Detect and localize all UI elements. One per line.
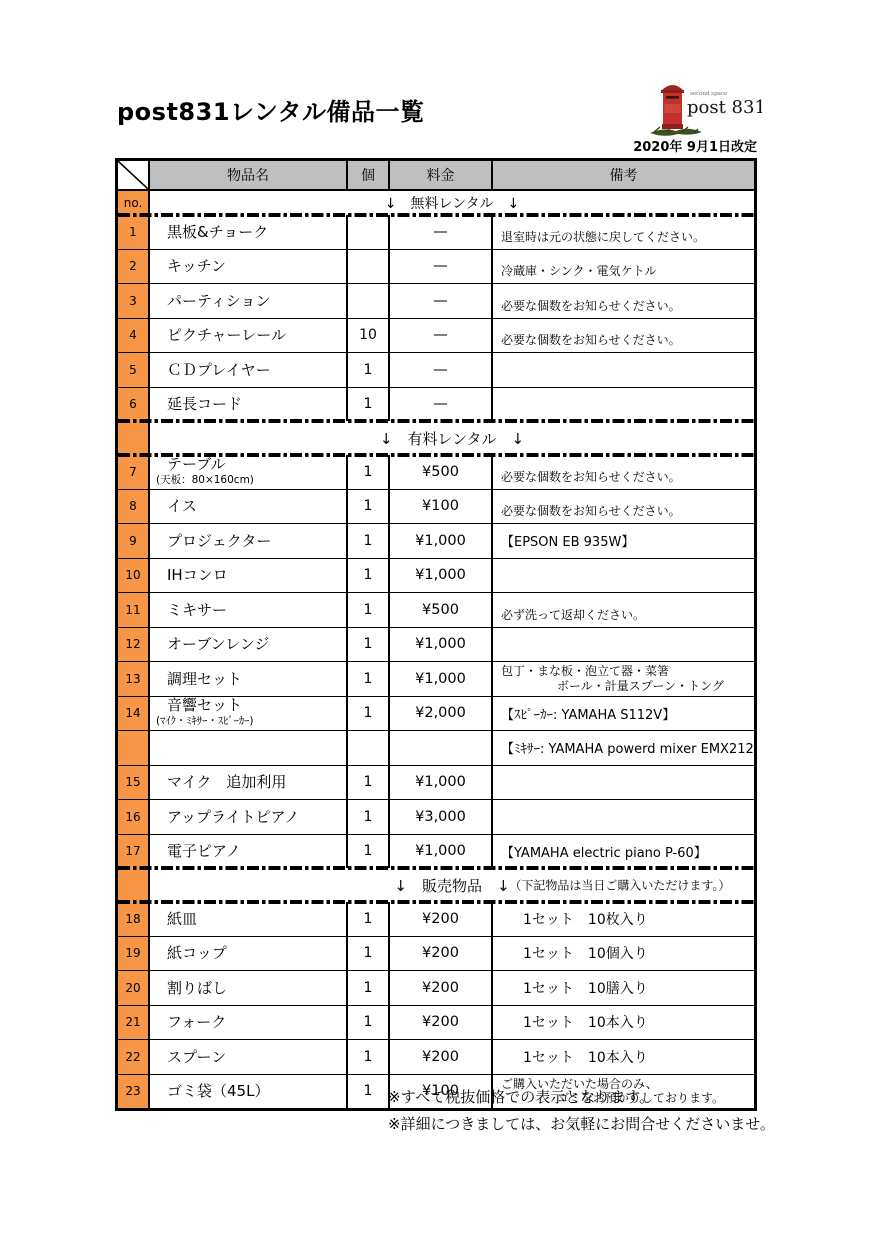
item-name-cell: IHコンロ [150,559,348,593]
table-row: 17電子ピアノ1¥1,000【YAMAHA electric piano P-6… [118,835,754,869]
item-name-cell: ゴミ袋（45L） [150,1075,348,1109]
row-number-cell: 22 [118,1040,150,1074]
row-number-cell: 7 [118,455,150,489]
item-price-cell: ¥1,000 [390,628,493,662]
table-row: 19紙コップ1¥2001セット 10個入り [118,937,754,972]
table-row: 13調理セット1¥1,000包丁・まな板・泡立て器・菜箸ボール・計量スプーン・ト… [118,662,754,697]
table-row: 16アップライトピアノ1¥3,000 [118,800,754,835]
item-price-cell: ¥1,000 [390,559,493,593]
item-name: IHコンロ [167,567,346,583]
item-name-cell: 調理セット [150,662,348,696]
item-name-cell: オーブンレンジ [150,628,348,662]
remark-line: 1セット 10本入り [523,1047,648,1067]
item-name: 電子ピアノ [167,843,346,859]
item-price-cell: ¥200 [390,1006,493,1040]
footer-notes: ※すべて税抜価格での表示となります。 ※詳細につきましては、お気軽にお問合せくだ… [388,1084,775,1138]
item-qty-cell: 10 [348,319,390,353]
remark-line: 1セット 10枚入り [523,909,648,929]
remark-line: 【EPSON EB 935W】 [501,531,634,550]
table-row: 5ＣＤプレイヤー1— [118,353,754,388]
item-name-cell: 延長コード [150,388,348,422]
remark-line: 必要な個数をお知らせください。 [501,502,681,519]
item-qty-cell: 1 [348,937,390,971]
item-price-cell: ¥500 [390,593,493,627]
table-row: 3パーティション—必要な個数をお知らせください。 [118,284,754,319]
item-price-cell: — [390,215,493,249]
item-name: アップライトピアノ [167,809,346,825]
section-label: ↓ 無料レンタル ↓ [385,193,520,213]
remark-line: 【ﾐｷｻｰ: YAMAHA powerd mixer EMX212s】 [501,738,754,757]
remark-line: ボール・計量スプーン・トング [557,679,754,694]
item-qty-cell: 1 [348,766,390,800]
item-name: イス [167,498,346,514]
item-remark-cell: 1セット 10個入り [493,937,754,971]
remark-line: 必ず洗って返却ください。 [501,606,645,623]
item-qty-cell: 1 [348,902,390,936]
item-remark-cell [493,800,754,834]
table-row: 11ミキサー1¥500必ず洗って返却ください。 [118,593,754,628]
item-remark-cell: 【ﾐｷｻｰ: YAMAHA powerd mixer EMX212s】 [493,731,754,765]
row-number-cell: 9 [118,524,150,558]
item-name: スプーン [167,1049,346,1065]
item-name: ＣＤプレイヤー [167,362,346,378]
header-remark: 備考 [493,161,754,189]
table-row: 8イス1¥100必要な個数をお知らせください。 [118,490,754,525]
item-remark-cell [493,388,754,422]
item-name: マイク 追加利用 [167,774,346,790]
item-qty-cell: 1 [348,697,390,731]
row-number-cell: 14 [118,697,150,731]
footer-note-contact: ※詳細につきましては、お気軽にお問合せくださいませ。 [388,1111,775,1138]
item-remark-cell: 【EPSON EB 935W】 [493,524,754,558]
item-name-cell: イス [150,490,348,524]
item-name-cell: ピクチャーレール [150,319,348,353]
item-qty-cell: 1 [348,1075,390,1109]
corner-cell [118,161,150,189]
footer-note-tax: ※すべて税抜価格での表示となります。 [388,1084,775,1111]
postbox-logo-graphic: second space post 831 [648,82,762,142]
item-remark-cell: 冷蔵庫・シンク・電気ケトル [493,250,754,284]
item-name-cell: 電子ピアノ [150,835,348,869]
table-header-row: 物品名 個 料金 備考 [118,161,754,191]
table-row: 4ピクチャーレール10—必要な個数をお知らせください。 [118,319,754,354]
item-name-cell: 音響セット(ﾏｲｸ・ﾐｷｻｰ・ｽﾋﾟｰｶｰ) [150,697,348,731]
row-number-cell [118,421,150,455]
logo-text: post 831 [687,97,762,118]
item-price-cell: ¥3,000 [390,800,493,834]
item-remark-cell: 1セット 10本入り [493,1006,754,1040]
item-remark-cell: 必要な個数をお知らせください。 [493,455,754,489]
row-number-cell: 5 [118,353,150,387]
rental-table: 物品名 個 料金 備考 no.↓ 無料レンタル ↓1黒板&チョーク—退室時は元の… [115,158,757,1111]
item-remark-cell: 【YAMAHA electric piano P-60】 [493,835,754,869]
row-number-cell: 6 [118,388,150,422]
item-name: オーブンレンジ [167,636,346,652]
item-name: 黒板&チョーク [167,224,346,240]
item-name-cell: アップライトピアノ [150,800,348,834]
row-number-cell: 2 [118,250,150,284]
item-name-cell: キッチン [150,250,348,284]
row-number-cell: 10 [118,559,150,593]
item-remark-cell: 包丁・まな板・泡立て器・菜箸ボール・計量スプーン・トング [493,662,754,696]
item-name: 割りばし [167,980,346,996]
item-qty-cell [348,731,390,765]
item-price-cell: — [390,319,493,353]
item-name: ピクチャーレール [167,327,346,343]
item-remark-cell: 1セット 10枚入り [493,902,754,936]
item-price-cell: ¥1,000 [390,662,493,696]
item-remark-cell: 1セット 10膳入り [493,971,754,1005]
row-number-cell: 20 [118,971,150,1005]
row-number-cell: 18 [118,902,150,936]
item-qty-cell: 1 [348,1040,390,1074]
item-remark-cell: 退室時は元の状態に戻してください。 [493,215,754,249]
item-price-cell: ¥200 [390,902,493,936]
table-row: 15マイク 追加利用1¥1,000 [118,766,754,801]
item-price-cell: — [390,250,493,284]
remark-line: 1セット 10個入り [523,943,648,963]
item-remark-cell [493,559,754,593]
table-row: 22スプーン1¥2001セット 10本入り [118,1040,754,1075]
row-number-cell: 16 [118,800,150,834]
item-name-cell: 黒板&チョーク [150,215,348,249]
item-remark-cell: 1セット 10本入り [493,1040,754,1074]
item-price-cell: — [390,284,493,318]
row-number-cell [118,731,150,765]
item-price-cell: ¥1,000 [390,766,493,800]
item-name-sub: (ﾏｲｸ・ﾐｷｻｰ・ｽﾋﾟｰｶｰ) [156,713,346,729]
row-number-cell: 17 [118,835,150,869]
item-name-sub: (天板：80×160cm) [156,472,346,488]
item-name: 調理セット [167,671,346,687]
item-qty-cell: 1 [348,593,390,627]
remark-line: 必要な個数をお知らせください。 [501,468,681,485]
table-row: 21フォーク1¥2001セット 10本入り [118,1006,754,1041]
row-number-cell: 4 [118,319,150,353]
section-row: ↓ 有料レンタル ↓ [118,421,754,455]
remark-line: 冷蔵庫・シンク・電気ケトル [501,262,656,279]
header-qty: 個 [348,161,390,189]
item-name-cell: 割りばし [150,971,348,1005]
row-number-cell: 19 [118,937,150,971]
item-price-cell: ¥500 [390,455,493,489]
item-name-cell: 紙コップ [150,937,348,971]
remark-line: 包丁・まな板・泡立て器・菜箸 [501,664,754,679]
item-qty-cell: 1 [348,559,390,593]
item-qty-cell: 1 [348,662,390,696]
remark-line: 必要な個数をお知らせください。 [501,297,681,314]
item-qty-cell [348,284,390,318]
section-label: ↓ 有料レンタル ↓ [380,428,524,449]
header-item-name: 物品名 [150,161,348,189]
continuation-row: 【ﾐｷｻｰ: YAMAHA powerd mixer EMX212s】 [118,731,754,766]
item-price-cell: ¥200 [390,971,493,1005]
table-row: 20割りばし1¥2001セット 10膳入り [118,971,754,1006]
table-row: 12オーブンレンジ1¥1,000 [118,628,754,663]
header-price: 料金 [390,161,493,189]
table-row: 2キッチン—冷蔵庫・シンク・電気ケトル [118,250,754,285]
item-remark-cell: 必要な個数をお知らせください。 [493,284,754,318]
row-number-cell: 8 [118,490,150,524]
item-remark-cell [493,766,754,800]
remark-line: 必要な個数をお知らせください。 [501,331,681,348]
section-title-cell: ↓ 無料レンタル ↓ [150,191,754,215]
row-number-cell: no. [118,191,150,215]
item-name: パーティション [167,293,346,309]
row-number-cell [118,868,150,902]
item-price-cell: ¥1,000 [390,524,493,558]
item-name: 紙コップ [167,945,346,961]
item-remark-cell: 必要な個数をお知らせください。 [493,319,754,353]
remark-line: 1セット 10本入り [523,1012,648,1032]
table-row: 1黒板&チョーク—退室時は元の状態に戻してください。 [118,215,754,250]
table-body: no.↓ 無料レンタル ↓1黒板&チョーク—退室時は元の状態に戻してください。2… [118,191,754,1108]
item-qty-cell: 1 [348,524,390,558]
item-name: 延長コード [167,396,346,412]
item-name: ミキサー [167,602,346,618]
item-remark-cell: 【ｽﾋﾟｰｶｰ: YAMAHA S112V】 [493,697,754,731]
item-name-cell: テーブル(天板：80×160cm) [150,455,348,489]
table-row: 7テーブル(天板：80×160cm)1¥500必要な個数をお知らせください。 [118,455,754,490]
post831-logo: second space post 831 [648,82,762,142]
row-number-cell: 11 [118,593,150,627]
item-qty-cell: 1 [348,835,390,869]
section-title-cell: ↓ 販売物品 ↓（下記物品は当日ご購入いただけます。） [150,868,754,902]
table-row: 18紙皿1¥2001セット 10枚入り [118,902,754,937]
item-qty-cell: 1 [348,353,390,387]
item-price-cell: ¥100 [390,490,493,524]
item-name-cell: スプーン [150,1040,348,1074]
item-price-cell: ¥1,000 [390,835,493,869]
item-price-cell: ¥200 [390,937,493,971]
row-number-cell: 12 [118,628,150,662]
item-qty-cell: 1 [348,628,390,662]
row-number-cell: 15 [118,766,150,800]
item-remark-cell: 必要な個数をお知らせください。 [493,490,754,524]
item-name: テーブル [167,456,346,472]
item-name-cell: プロジェクター [150,524,348,558]
item-name: フォーク [167,1014,346,1030]
item-name: キッチン [167,258,346,274]
section-label: ↓ 販売物品 ↓ [394,875,509,896]
item-price-cell: ¥2,000 [390,697,493,731]
item-qty-cell: 1 [348,971,390,1005]
item-remark-cell: 必ず洗って返却ください。 [493,593,754,627]
row-number-cell: 3 [118,284,150,318]
table-row: 14音響セット(ﾏｲｸ・ﾐｷｻｰ・ｽﾋﾟｰｶｰ)1¥2,000【ｽﾋﾟｰｶｰ: … [118,697,754,732]
item-qty-cell: 1 [348,490,390,524]
diagonal-slash-icon [118,161,148,189]
item-qty-cell: 1 [348,388,390,422]
item-name-cell: マイク 追加利用 [150,766,348,800]
item-name: プロジェクター [167,533,346,549]
section-row: no.↓ 無料レンタル ↓ [118,191,754,215]
item-name-cell: ミキサー [150,593,348,627]
table-row: 6延長コード1— [118,388,754,422]
table-row: 9プロジェクター1¥1,000【EPSON EB 935W】 [118,524,754,559]
section-note: （下記物品は当日ご購入いただけます。） [509,877,730,894]
remark-line: 退室時は元の状態に戻してください。 [501,228,705,245]
item-qty-cell: 1 [348,455,390,489]
remark-line: 【YAMAHA electric piano P-60】 [501,842,707,861]
item-name-cell [150,731,348,765]
item-name-cell: パーティション [150,284,348,318]
item-name: 紙皿 [167,911,346,927]
row-number-cell: 21 [118,1006,150,1040]
item-price-cell: ¥200 [390,1040,493,1074]
item-price-cell: — [390,353,493,387]
table-row: 10IHコンロ1¥1,000 [118,559,754,594]
section-title-cell: ↓ 有料レンタル ↓ [150,421,754,455]
item-name: ゴミ袋（45L） [167,1083,346,1099]
item-name-cell: フォーク [150,1006,348,1040]
row-number-cell: 23 [118,1075,150,1109]
item-price-cell: — [390,388,493,422]
item-price-cell [390,731,493,765]
item-qty-cell: 1 [348,1006,390,1040]
item-qty-cell: 1 [348,800,390,834]
item-name: 音響セット [167,697,346,713]
item-qty-cell [348,250,390,284]
remark-line: 1セット 10膳入り [523,978,648,998]
item-name-cell: 紙皿 [150,902,348,936]
item-remark-cell [493,353,754,387]
item-qty-cell [348,215,390,249]
row-number-cell: 13 [118,662,150,696]
section-row: ↓ 販売物品 ↓（下記物品は当日ご購入いただけます。） [118,868,754,902]
page-title: post831レンタル備品一覧 [117,92,424,127]
item-name-cell: ＣＤプレイヤー [150,353,348,387]
revision-date: 2020年 9月1日改定 [115,136,757,155]
item-remark-cell [493,628,754,662]
remark-line: 【ｽﾋﾟｰｶｰ: YAMAHA S112V】 [501,704,675,723]
row-number-cell: 1 [118,215,150,249]
